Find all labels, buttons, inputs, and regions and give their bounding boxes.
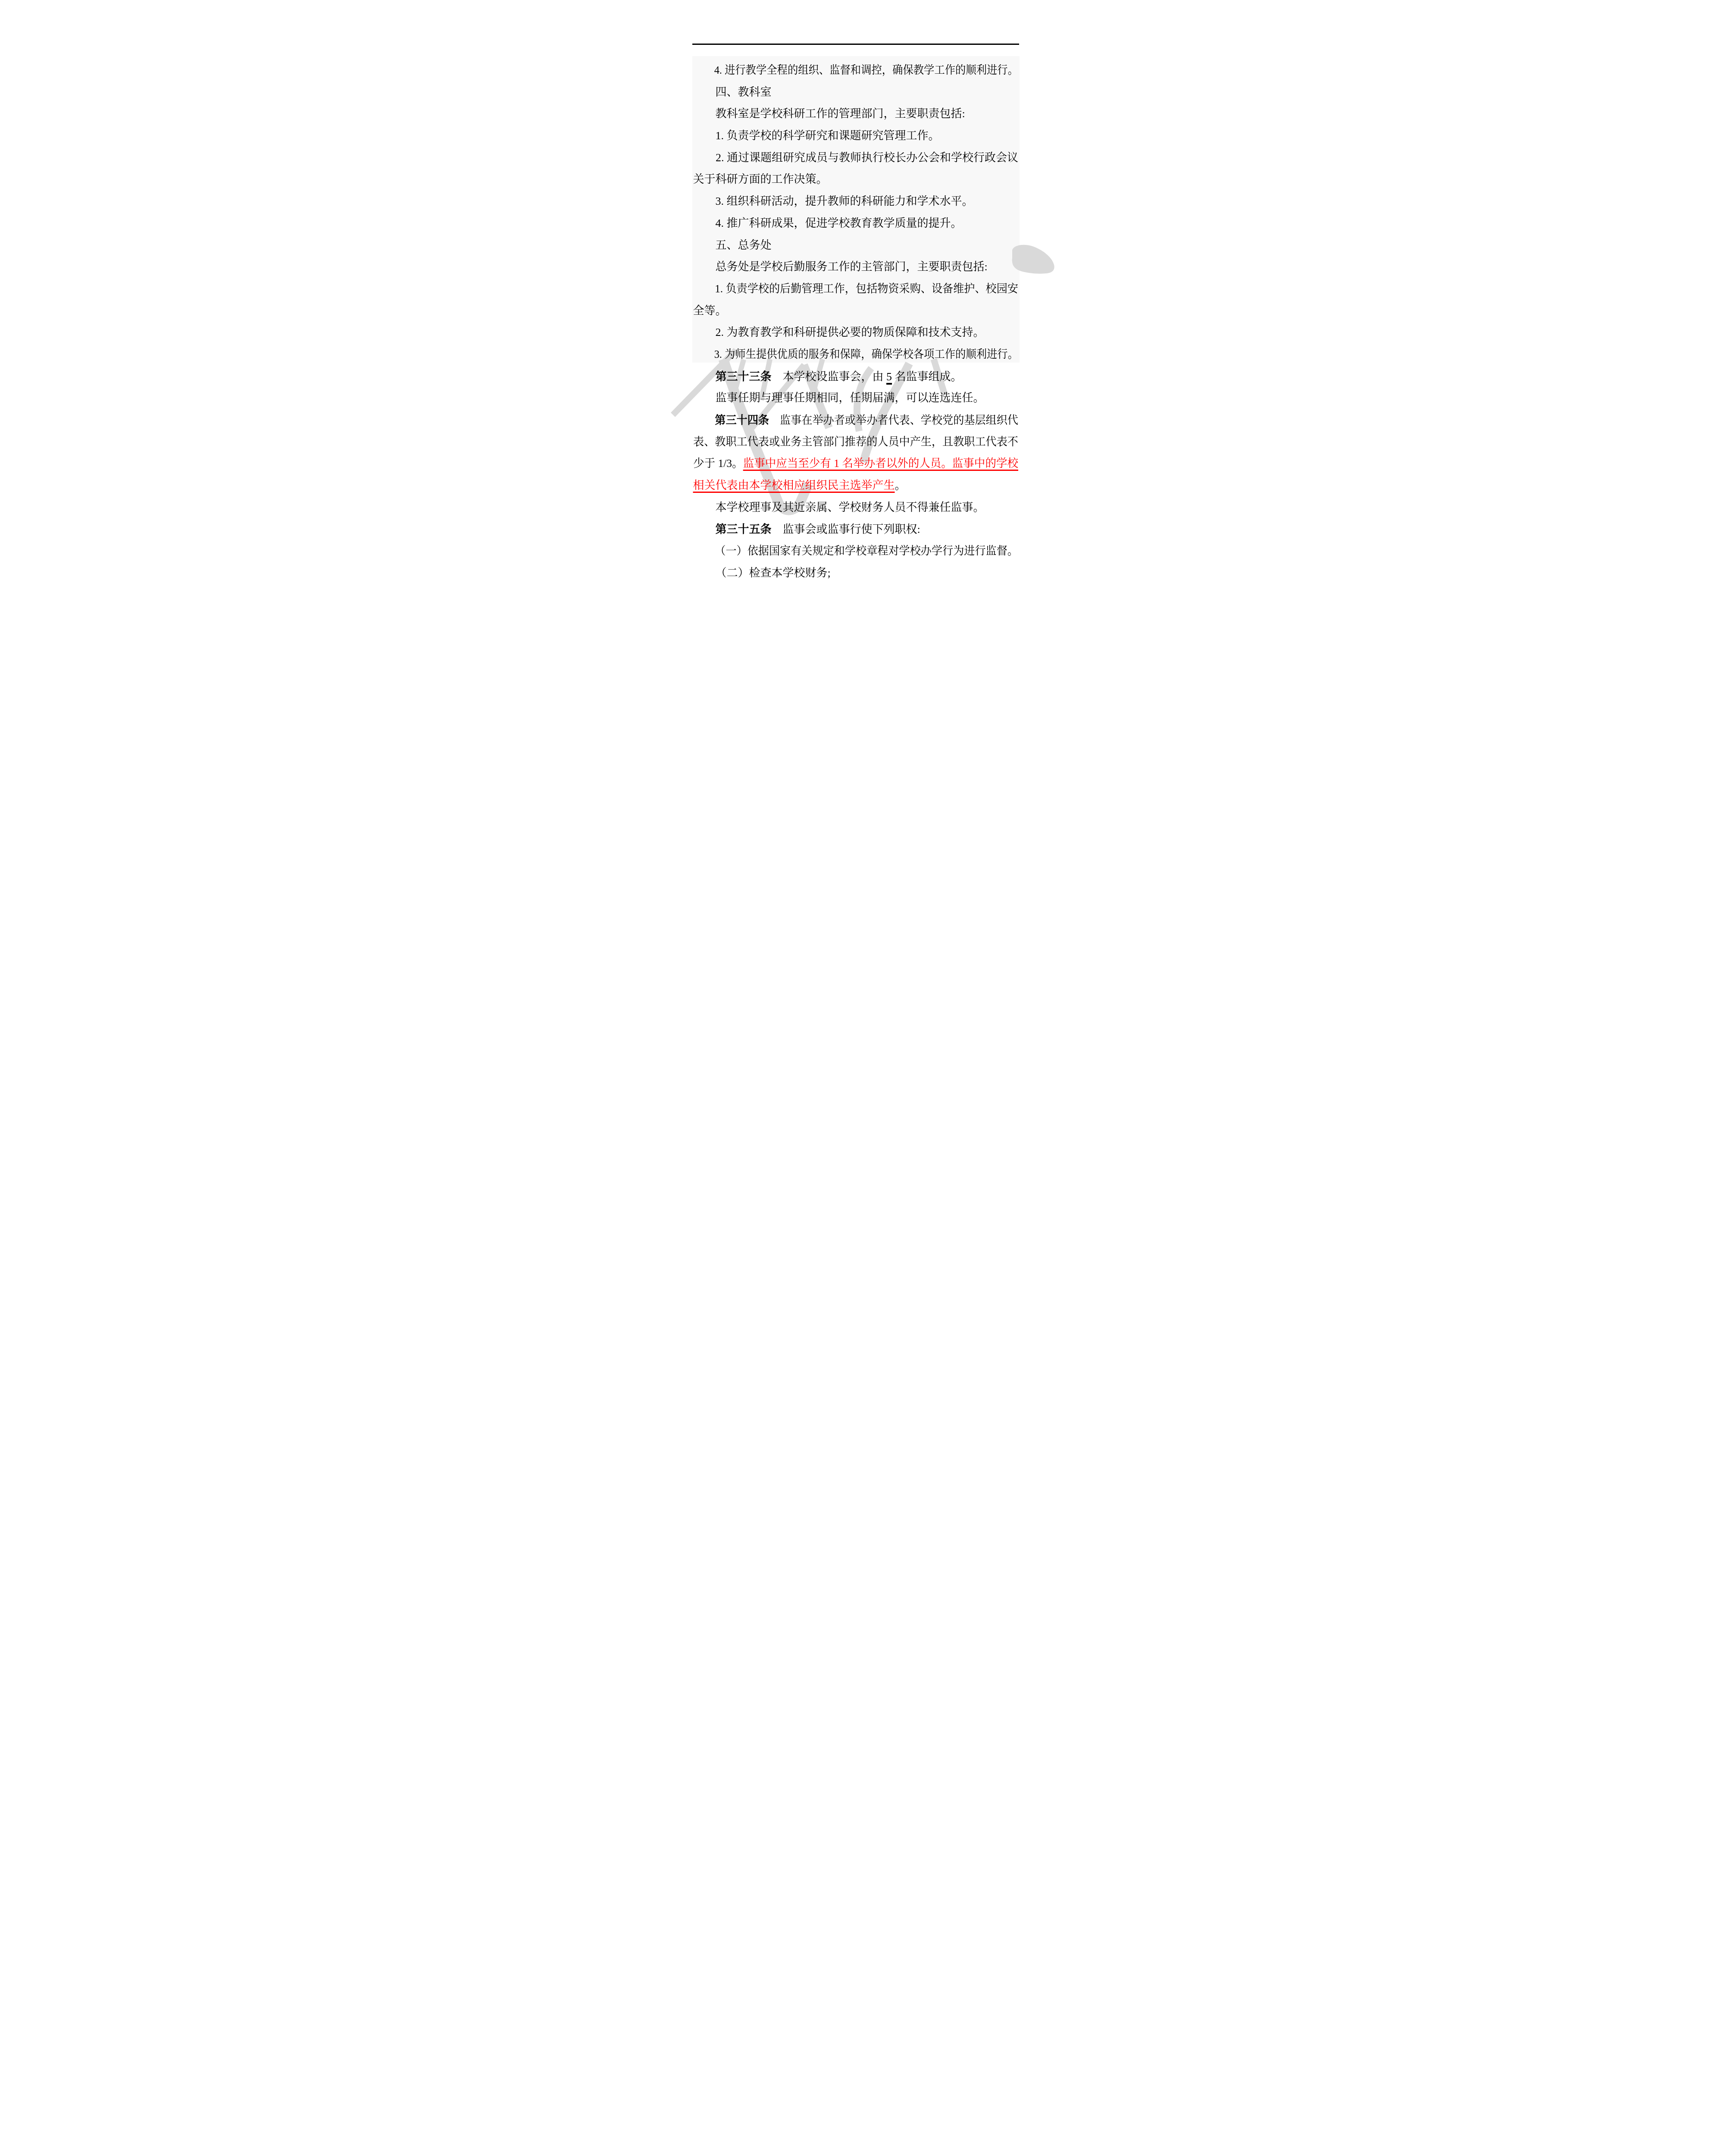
text-run: 全等。 (693, 304, 727, 317)
text-run: 四、教科室 (716, 86, 772, 98)
doc-line: 全等。 (693, 300, 1018, 322)
text-run: 本学校理事及其近亲属、学校财务人员不得兼任监事。 (716, 501, 985, 514)
text-run: 名监事组成。 (892, 370, 962, 383)
doc-line: 本学校理事及其近亲属、学校财务人员不得兼任监事。 (693, 497, 1018, 519)
doc-line: （一）依据国家有关规定和学校章程对学校办学行为进行监督。 (693, 540, 1018, 562)
doc-line: 4. 进行教学全程的组织、监督和调控，确保教学工作的顺利进行。 (693, 60, 1018, 81)
text-run: 表、教职工代表或业务主管部门推荐的人员中产生，且教职工代表不 (693, 436, 1018, 448)
text-run: 2. 通过课题组研究成员与教师执行校长办公会和学校行政会议 (715, 151, 1018, 164)
text-run: 5 (886, 370, 892, 383)
document-page: 4. 进行教学全程的组织、监督和调控，确保教学工作的顺利进行。四、教科室教科室是… (623, 0, 1089, 659)
text-run: 总务处是学校后勤服务工作的主管部门，主要职责包括: (716, 260, 988, 273)
text-run: 4. 进行教学全程的组织、监督和调控，确保教学工作的顺利进行。 (714, 64, 1018, 76)
header-rule (692, 44, 1019, 45)
text-run: 第三十五条 (716, 523, 772, 536)
doc-line: （二）检查本学校财务; (693, 562, 1018, 584)
text-run: 1. 负责学校的科学研究和课题研究管理工作。 (716, 129, 940, 142)
text-run: 关于科研方面的工作决策。 (693, 173, 828, 185)
text-run: 第三十三条 (716, 370, 772, 383)
doc-line: 少于 1/3。监事中应当至少有 1 名举办者以外的人员。监事中的学校 (693, 453, 1018, 475)
doc-line: 4. 推广科研成果，促进学校教育教学质量的提升。 (693, 213, 1018, 235)
text-run: 监事任期与理事任期相同，任期届满，可以连选连任。 (716, 392, 985, 404)
doc-line: 第三十五条 监事会或监事行使下列职权: (693, 518, 1018, 540)
doc-line: 总务处是学校后勤服务工作的主管部门，主要职责包括: (693, 256, 1018, 278)
text-run: 1. 负责学校的后勤管理工作，包括物资采购、设备维护、校园安 (715, 282, 1018, 295)
text-run: 3. 组织科研活动，提升教师的科研能力和学术水平。 (716, 195, 973, 207)
doc-line: 监事任期与理事任期相同，任期届满，可以连选连任。 (693, 387, 1018, 409)
doc-line: 教科室是学校科研工作的管理部门，主要职责包括: (693, 103, 1018, 125)
doc-line: 第三十三条 本学校设监事会，由 5 名监事组成。 (693, 366, 1018, 388)
doc-line: 第三十四条 监事在举办者或举办者代表、学校党的基层组织代 (693, 409, 1018, 431)
text-column: 4. 进行教学全程的组织、监督和调控，确保教学工作的顺利进行。四、教科室教科室是… (693, 60, 1018, 584)
text-run: 相关代表由本学校相应组织民主选举产生 (693, 479, 895, 492)
doc-line: 相关代表由本学校相应组织民主选举产生。 (693, 475, 1018, 497)
doc-line: 四、教科室 (693, 81, 1018, 103)
text-run: 教科室是学校科研工作的管理部门，主要职责包括: (716, 107, 965, 120)
doc-line: 关于科研方面的工作决策。 (693, 169, 1018, 191)
text-run: 监事中应当至少有 1 名举办者以外的人员。监事中的学校 (743, 457, 1018, 470)
text-run: 五、总务处 (716, 239, 772, 251)
text-run: 监事会或监事行使下列职权: (772, 523, 920, 536)
doc-line: 1. 负责学校的科学研究和课题研究管理工作。 (693, 125, 1018, 147)
doc-line: 3. 组织科研活动，提升教师的科研能力和学术水平。 (693, 191, 1018, 213)
text-run: 本学校设监事会，由 (772, 370, 887, 383)
text-run: （二）检查本学校财务; (716, 567, 831, 579)
text-run: 监事在举办者或举办者代表、学校党的基层组织代 (769, 414, 1018, 426)
text-run: 少于 1/3。 (693, 457, 743, 470)
text-run: 3. 为师生提供优质的服务和保障，确保学校各项工作的顺利进行。 (714, 348, 1018, 360)
text-run: 2. 为教育教学和科研提供必要的物质保障和技术支持。 (716, 326, 985, 338)
doc-line: 1. 负责学校的后勤管理工作，包括物资采购、设备维护、校园安 (693, 278, 1018, 300)
doc-line: 2. 通过课题组研究成员与教师执行校长办公会和学校行政会议 (693, 147, 1018, 169)
doc-line: 3. 为师生提供优质的服务和保障，确保学校各项工作的顺利进行。 (693, 344, 1018, 366)
doc-line: 五、总务处 (693, 235, 1018, 257)
text-run: 。 (895, 479, 906, 492)
text-run: （一）依据国家有关规定和学校章程对学校办学行为进行监督。 (715, 545, 1018, 557)
text-run: 4. 推广科研成果，促进学校教育教学质量的提升。 (716, 217, 962, 229)
doc-line: 2. 为教育教学和科研提供必要的物质保障和技术支持。 (693, 322, 1018, 344)
text-run: 第三十四条 (715, 414, 769, 426)
doc-line: 表、教职工代表或业务主管部门推荐的人员中产生，且教职工代表不 (693, 431, 1018, 453)
